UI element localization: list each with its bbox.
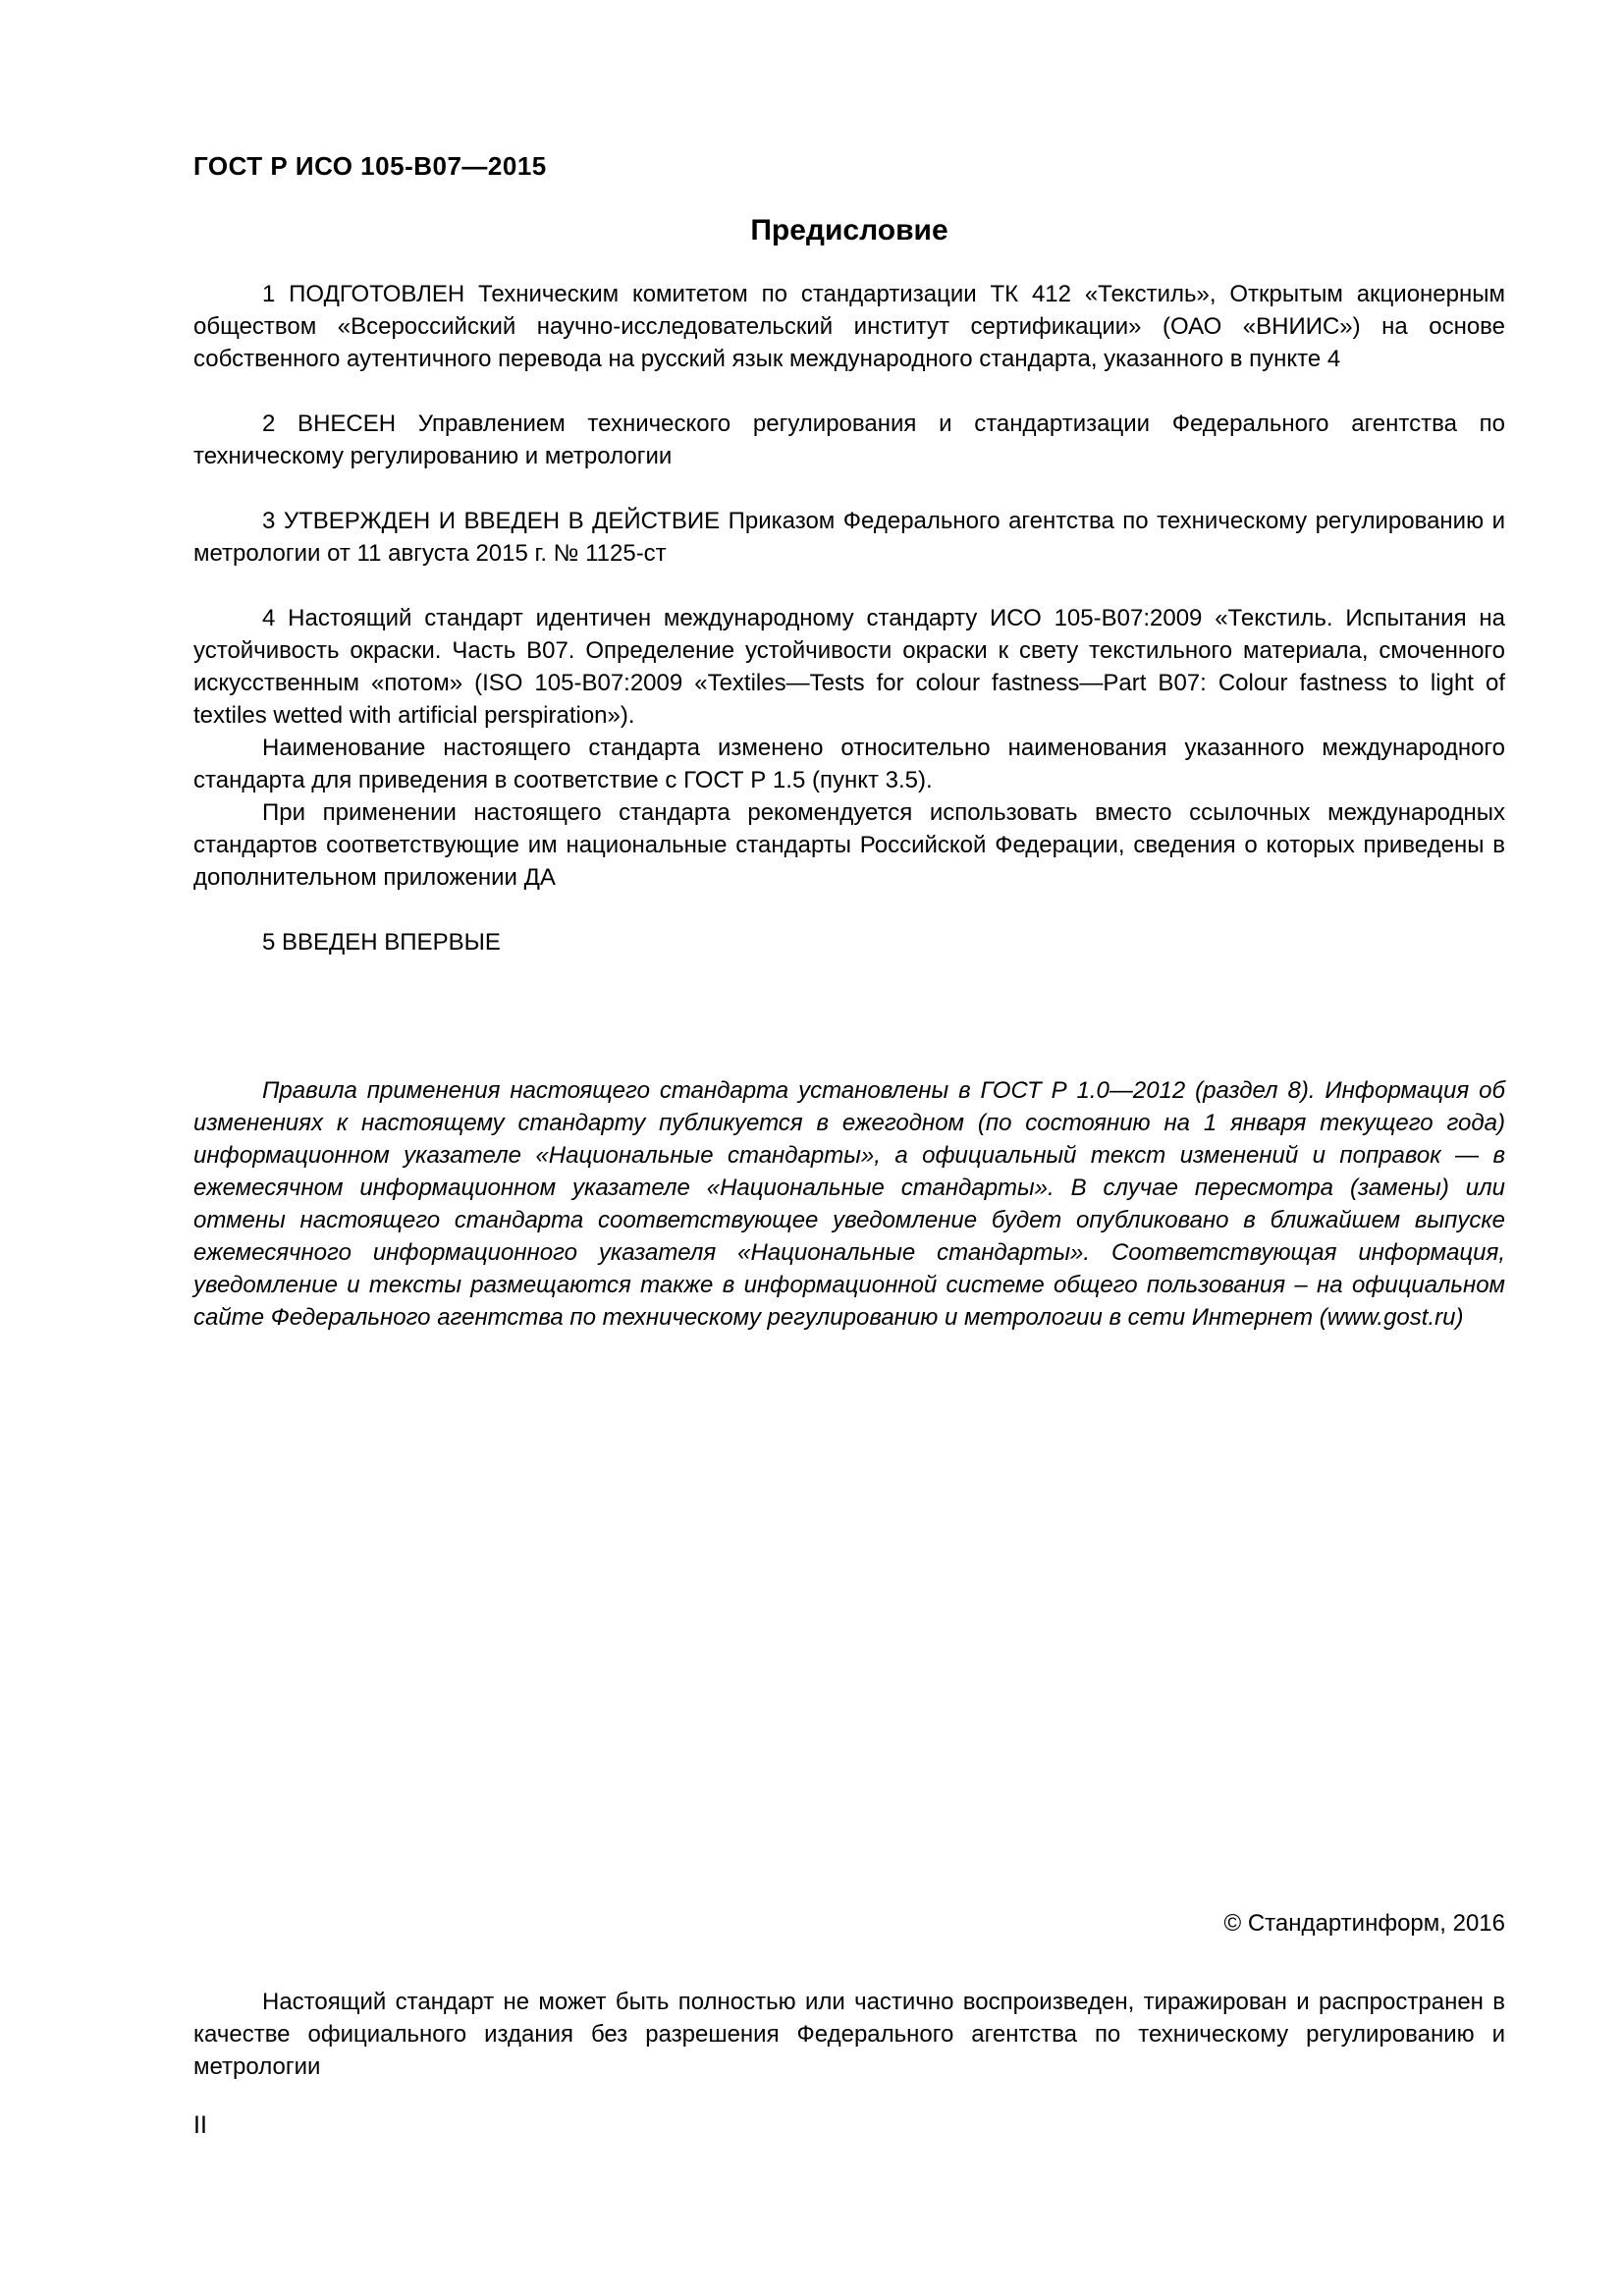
copyright-notice: © Стандартинформ, 2016 [193,1907,1505,1940]
preface-item-3: 3 УТВЕРЖДЕН И ВВЕДЕН В ДЕЙСТВИЕ Приказом… [193,505,1505,570]
reproduction-restriction-text: Настоящий стандарт не может быть полност… [193,1986,1505,2083]
document-page: ГОСТ Р ИСО 105-В07—2015 Предисловие 1 ПО… [0,0,1623,2296]
page-title: Предисловие [193,214,1505,247]
application-rules-section: Правила применения настоящего стандарта … [193,1074,1505,1334]
reproduction-restriction-section: Настоящий стандарт не может быть полност… [193,1986,1505,2083]
preface-item-4: 4 Настоящий стандарт идентичен междунаро… [193,602,1505,732]
standard-designation: ГОСТ Р ИСО 105-В07—2015 [193,151,547,182]
preface-item-2: 2 ВНЕСЕН Управлением технического регули… [193,408,1505,472]
preface-item-4-note-2: При применении настоящего стандарта реко… [193,796,1505,894]
page-number: II [193,2109,207,2142]
application-rules-note: Правила применения настоящего стандарта … [193,1074,1505,1334]
preface-item-4-note-1: Наименование настоящего стандарта измене… [193,732,1505,796]
preface-item-1: 1 ПОДГОТОВЛЕН Техническим комитетом по с… [193,278,1505,375]
preface-section: 1 ПОДГОТОВЛЕН Техническим комитетом по с… [193,278,1505,958]
preface-item-5: 5 ВВЕДЕН ВПЕРВЫЕ [193,926,1505,958]
